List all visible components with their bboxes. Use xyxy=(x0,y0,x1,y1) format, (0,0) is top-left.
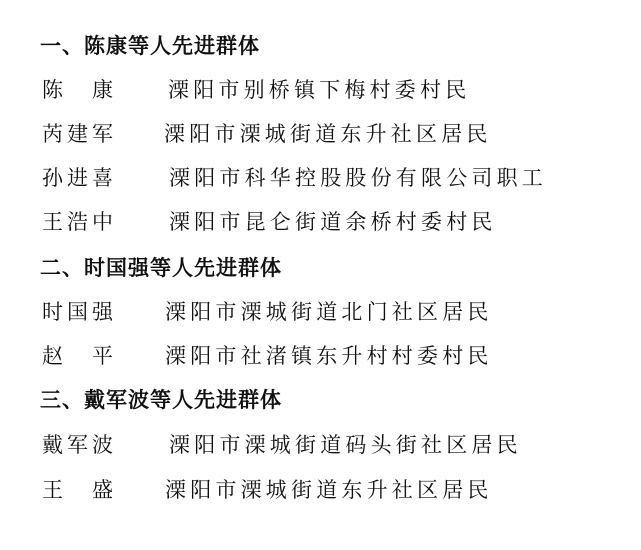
member-desc: 溧阳市别桥镇下梅村委村民 xyxy=(168,76,470,104)
member-name: 孙进喜 xyxy=(42,164,117,192)
group-heading-2: 二、时国强等人先进群体 xyxy=(40,254,282,282)
group-heading-3: 三、戴军波等人先进群体 xyxy=(40,386,282,414)
member-name: 时国强 xyxy=(42,298,117,326)
group-heading-1: 一、陈康等人先进群体 xyxy=(40,32,260,60)
member-name: 戴军波 xyxy=(42,431,117,459)
member-desc: 溧阳市溧城街道北门社区居民 xyxy=(165,298,493,326)
member-desc: 溧阳市溧城街道东升社区居民 xyxy=(164,120,492,148)
member-name: 芮建军 xyxy=(42,120,117,148)
member-desc: 溧阳市昆仑街道余桥村委村民 xyxy=(169,208,497,236)
member-desc: 溧阳市社渚镇东升村村委村民 xyxy=(165,342,493,370)
member-name: 赵 平 xyxy=(42,342,117,370)
member-desc: 溧阳市溧城街道东升社区居民 xyxy=(165,476,493,504)
member-desc: 溧阳市溧城街道码头街社区居民 xyxy=(169,431,522,459)
member-name: 王 盛 xyxy=(42,476,117,504)
member-desc: 溧阳市科华控股股份有限公司职工 xyxy=(169,164,547,192)
member-name: 陈 康 xyxy=(42,76,117,104)
member-name: 王浩中 xyxy=(42,208,117,236)
